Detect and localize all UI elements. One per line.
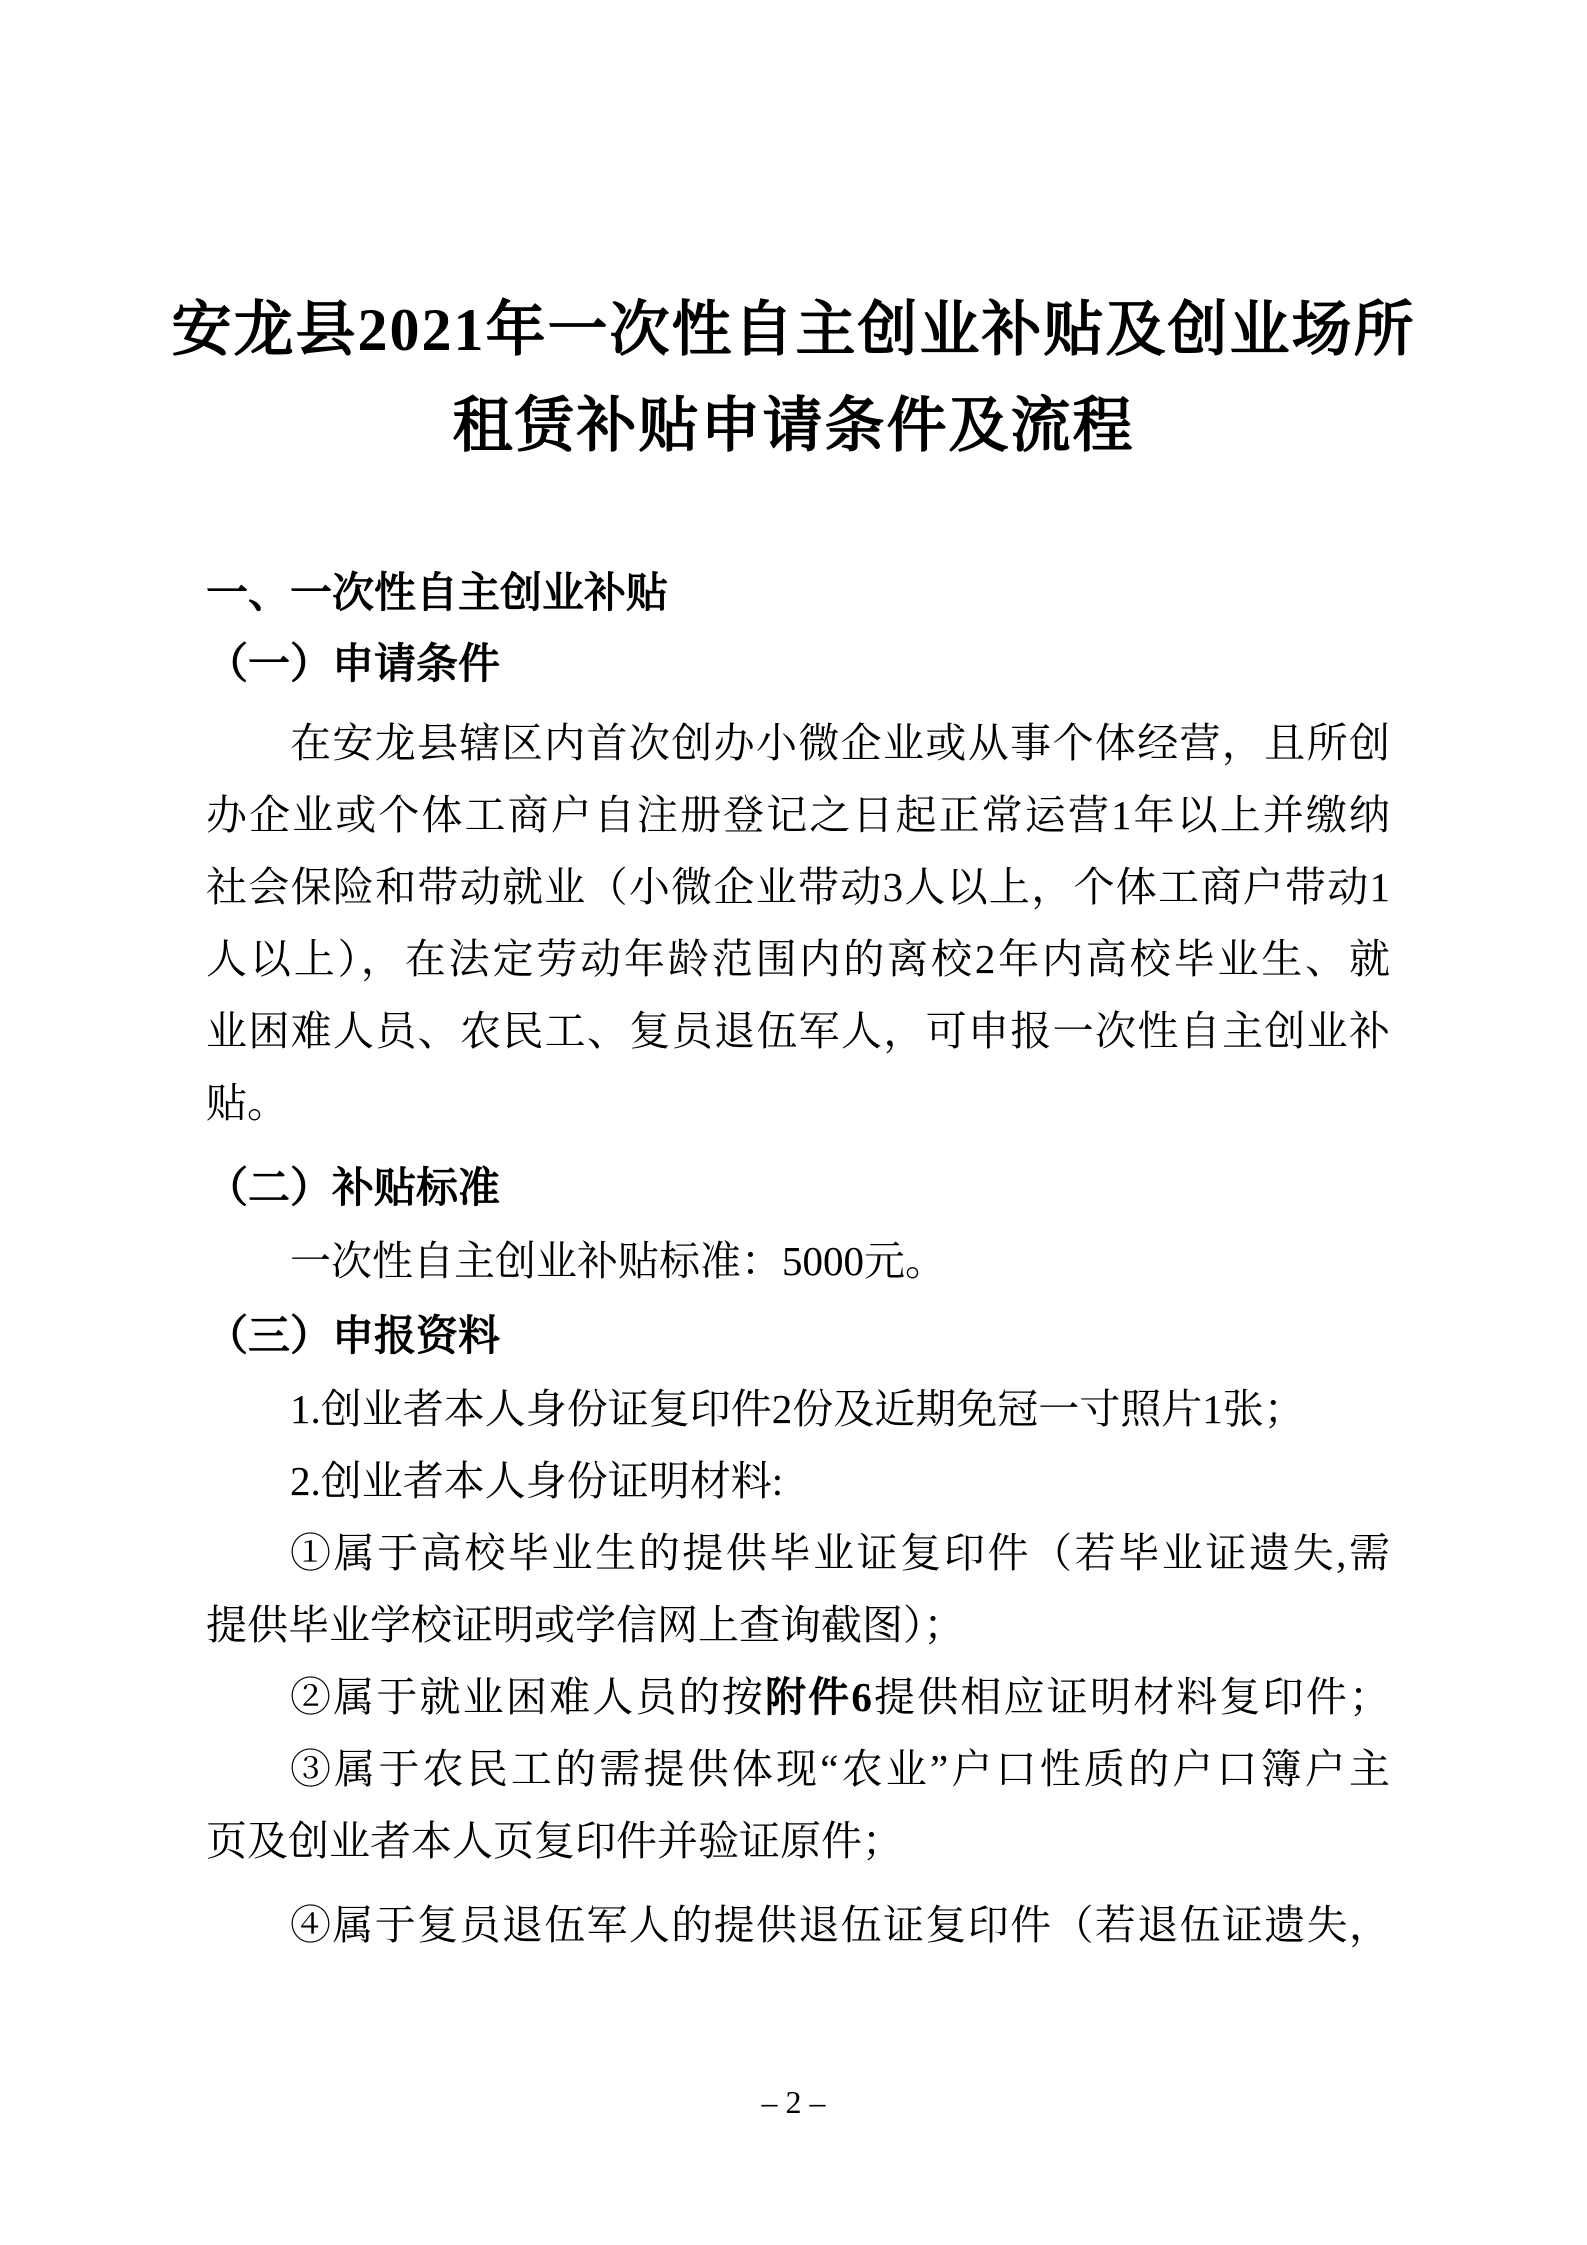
page-number: – 2 – <box>762 2084 826 2120</box>
section-heading-one-time-subsidy: 一、一次性自主创业补贴 <box>206 557 1390 629</box>
paragraph-line: 社会保险和带动就业（小微企业带动3人以上，个体工商户带动1 <box>206 851 1390 923</box>
item-text-pre: ②属于就业困难人员的按 <box>290 1674 765 1720</box>
document-title: 安龙县2021年一次性自主创业补贴及创业场所 租赁补贴申请条件及流程 <box>0 0 1587 474</box>
paragraph-line: 页及创业者本人页复印件并验证原件； <box>206 1805 1390 1877</box>
list-item-employment-difficulty: ②属于就业困难人员的按附件6提供相应证明材料复印件； <box>206 1661 1390 1733</box>
document-page: 安龙县2021年一次性自主创业补贴及创业场所 租赁补贴申请条件及流程 一、一次性… <box>0 0 1587 2245</box>
title-line-2: 租赁补贴申请条件及流程 <box>0 378 1587 474</box>
title-line-1: 安龙县2021年一次性自主创业补贴及创业场所 <box>0 282 1587 378</box>
paragraph-line: ③属于农民工的需提供体现“农业”户口性质的户口簿户主 <box>206 1733 1390 1805</box>
list-item-id-copy: 1.创业者本人身份证复印件2份及近期免冠一寸照片1张； <box>206 1373 1390 1445</box>
paragraph-line: 人以上），在法定劳动年龄范围内的离校2年内高校毕业生、就 <box>206 923 1390 995</box>
paragraph-subsidy-standard: 一次性自主创业补贴标准：5000元。 <box>206 1225 1390 1297</box>
subsection-heading-application-conditions: （一）申请条件 <box>206 629 1390 701</box>
document-body: 一、一次性自主创业补贴 （一）申请条件 在安龙县辖区内首次创办小微企业或从事个体… <box>0 557 1587 1961</box>
paragraph-line: 办企业或个体工商户自注册登记之日起正常运营1年以上并缴纳 <box>206 779 1390 851</box>
attachment-6-reference: 附件6 <box>765 1674 872 1720</box>
subsection-heading-application-materials: （三）申报资料 <box>206 1301 1390 1373</box>
paragraph-line: 业困难人员、农民工、复员退伍军人，可申报一次性自主创业补 <box>206 995 1390 1067</box>
paragraph-application-conditions: 在安龙县辖区内首次创办小微企业或从事个体经营，且所创 办企业或个体工商户自注册登… <box>206 707 1390 1139</box>
list-item-veterans: ④属于复员退伍军人的提供退伍证复印件（若退伍证遗失， <box>206 1889 1390 1961</box>
item-text-post: 提供相应证明材料复印件； <box>872 1674 1390 1720</box>
paragraph-line: ①属于高校毕业生的提供毕业证复印件（若毕业证遗失,需 <box>206 1517 1390 1589</box>
list-item-identity-materials: 2.创业者本人身份证明材料: <box>206 1445 1390 1517</box>
list-item-graduates: ①属于高校毕业生的提供毕业证复印件（若毕业证遗失,需 提供毕业学校证明或学信网上… <box>206 1517 1390 1661</box>
page-footer: – 2 – <box>0 2082 1587 2122</box>
subsection-heading-subsidy-standard: （二）补贴标准 <box>206 1153 1390 1225</box>
paragraph-line: 贴。 <box>206 1067 1390 1139</box>
paragraph-line: 在安龙县辖区内首次创办小微企业或从事个体经营，且所创 <box>206 707 1390 779</box>
list-item-migrant-workers: ③属于农民工的需提供体现“农业”户口性质的户口簿户主 页及创业者本人页复印件并验… <box>206 1733 1390 1877</box>
paragraph-line: 提供毕业学校证明或学信网上查询截图）； <box>206 1589 1390 1661</box>
